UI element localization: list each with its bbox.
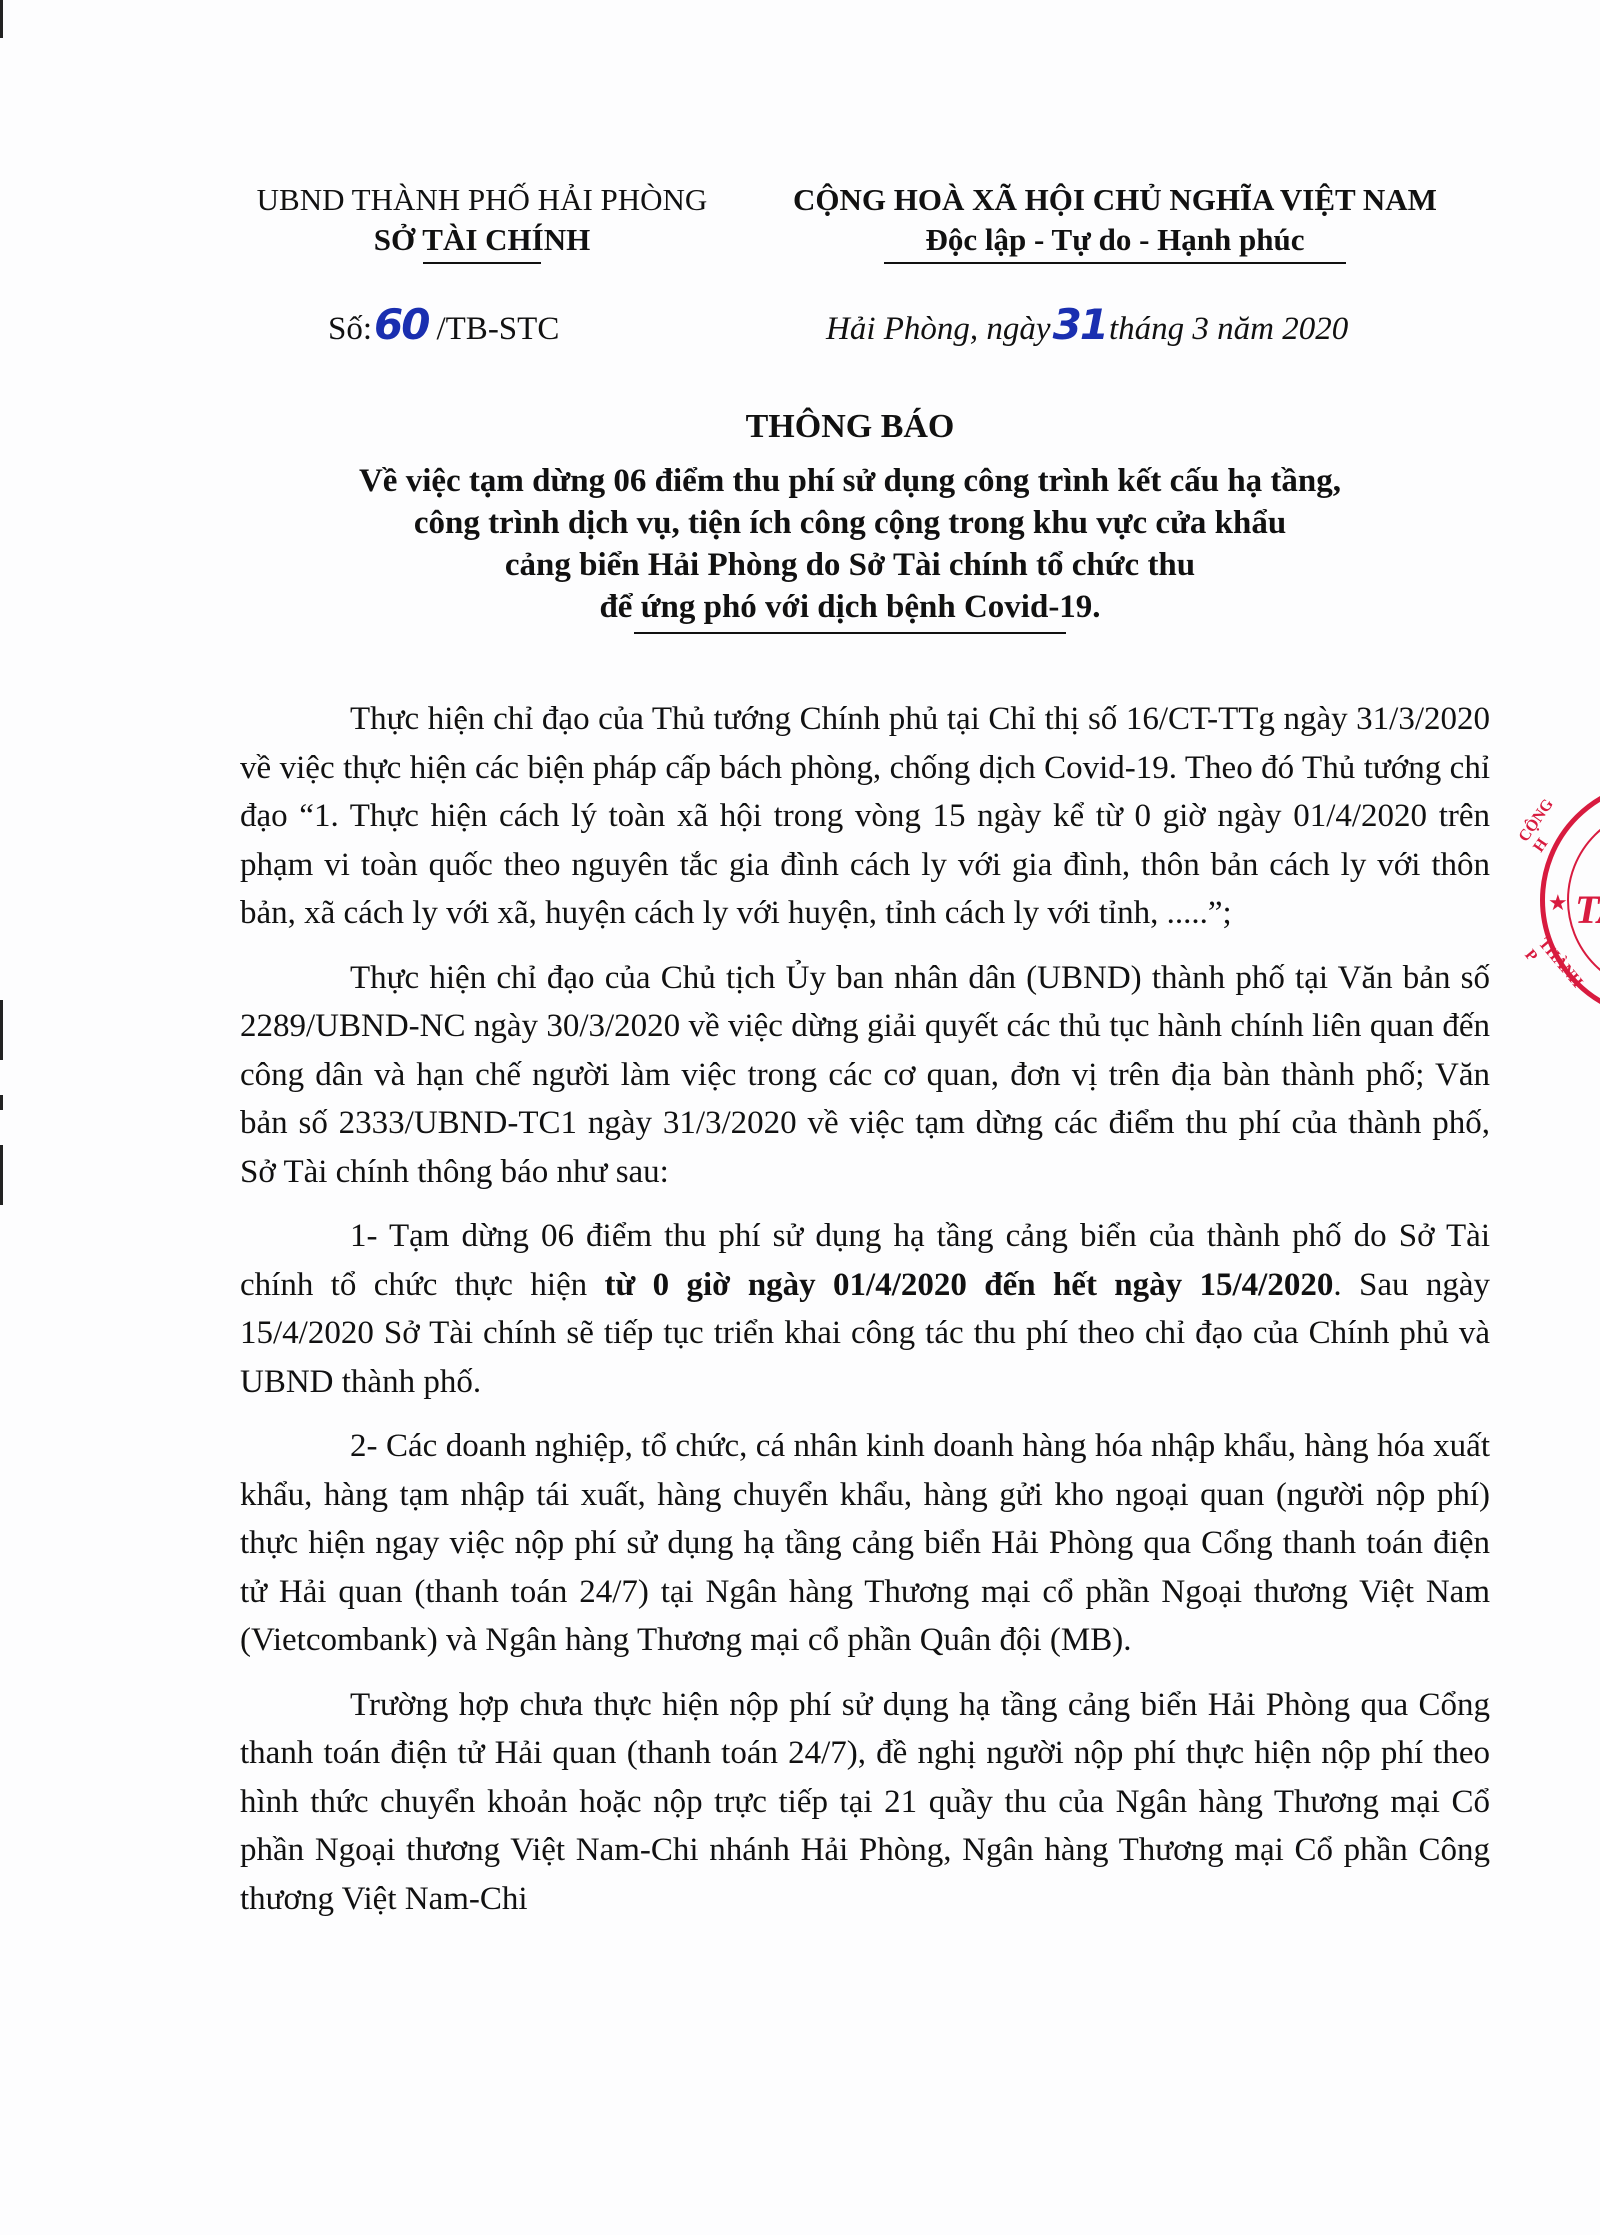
national-title-block: CỘNG HOÀ XÃ HỘI CHỦ NGHĨA VIỆT NAM Độc l… [745, 180, 1485, 264]
scan-edge-mark [0, 1145, 3, 1205]
authority-name: UBND THÀNH PHỐ HẢI PHÒNG [222, 180, 742, 220]
org-underline [423, 262, 541, 264]
subject-underline [634, 632, 1066, 634]
scan-edge-mark [0, 1095, 3, 1110]
document-body: Thực hiện chỉ đạo của Thủ tướng Chính ph… [240, 695, 1490, 1939]
country-name: CỘNG HOÀ XÃ HỘI CHỦ NGHĨA VIỆT NAM [745, 180, 1485, 220]
subject-line: công trình dịch vụ, tiện ích công cộng t… [250, 502, 1450, 544]
paragraph-item-2: 2- Các doanh nghiệp, tổ chức, cá nhân ki… [240, 1422, 1490, 1665]
handwritten-number: 60 [372, 300, 436, 349]
subject-line: cảng biển Hải Phòng do Sở Tài chính tổ c… [250, 544, 1450, 586]
national-motto: Độc lập - Tự do - Hạnh phúc [745, 220, 1485, 260]
date-suffix: tháng 3 năm 2020 [1109, 311, 1348, 347]
document-number: Số:60/TB-STC [328, 300, 559, 349]
organization-name: SỞ TÀI CHÍNH [222, 220, 742, 260]
item-1-period-bold: từ 0 giờ ngày 01/4/2020 đến hết ngày 15/… [605, 1267, 1334, 1303]
motto-underline [884, 262, 1346, 264]
document-subject: Về việc tạm dừng 06 điểm thu phí sử dụng… [250, 460, 1450, 634]
issuing-authority-block: UBND THÀNH PHỐ HẢI PHÒNG SỞ TÀI CHÍNH [222, 180, 742, 264]
document-title: THÔNG BÁO [250, 408, 1450, 446]
paragraph-directive-ubnd: Thực hiện chỉ đạo của Chủ tịch Ủy ban nh… [240, 954, 1490, 1197]
number-label: Số: [328, 311, 372, 347]
number-suffix: /TB-STC [436, 311, 559, 347]
paragraph-payment-alternative: Trường hợp chưa thực hiện nộp phí sử dụn… [240, 1681, 1490, 1924]
handwritten-day: 31 [1051, 300, 1109, 349]
seal-center-text: TA [1575, 886, 1600, 933]
paragraph-item-1: 1- Tạm dừng 06 điểm thu phí sử dụng hạ t… [240, 1212, 1490, 1406]
scan-edge-mark [0, 0, 3, 38]
subject-line: để ứng phó với dịch bệnh Covid-19. [250, 586, 1450, 628]
paragraph-directive-pm: Thực hiện chỉ đạo của Thủ tướng Chính ph… [240, 695, 1490, 938]
document-date: Hải Phòng, ngày31tháng 3 năm 2020 [826, 300, 1348, 349]
date-prefix: Hải Phòng, ngày [826, 311, 1051, 347]
subject-line: Về việc tạm dừng 06 điểm thu phí sử dụng… [250, 460, 1450, 502]
seal-star-icon: ★ [1548, 890, 1568, 916]
scan-edge-mark [0, 1000, 3, 1060]
